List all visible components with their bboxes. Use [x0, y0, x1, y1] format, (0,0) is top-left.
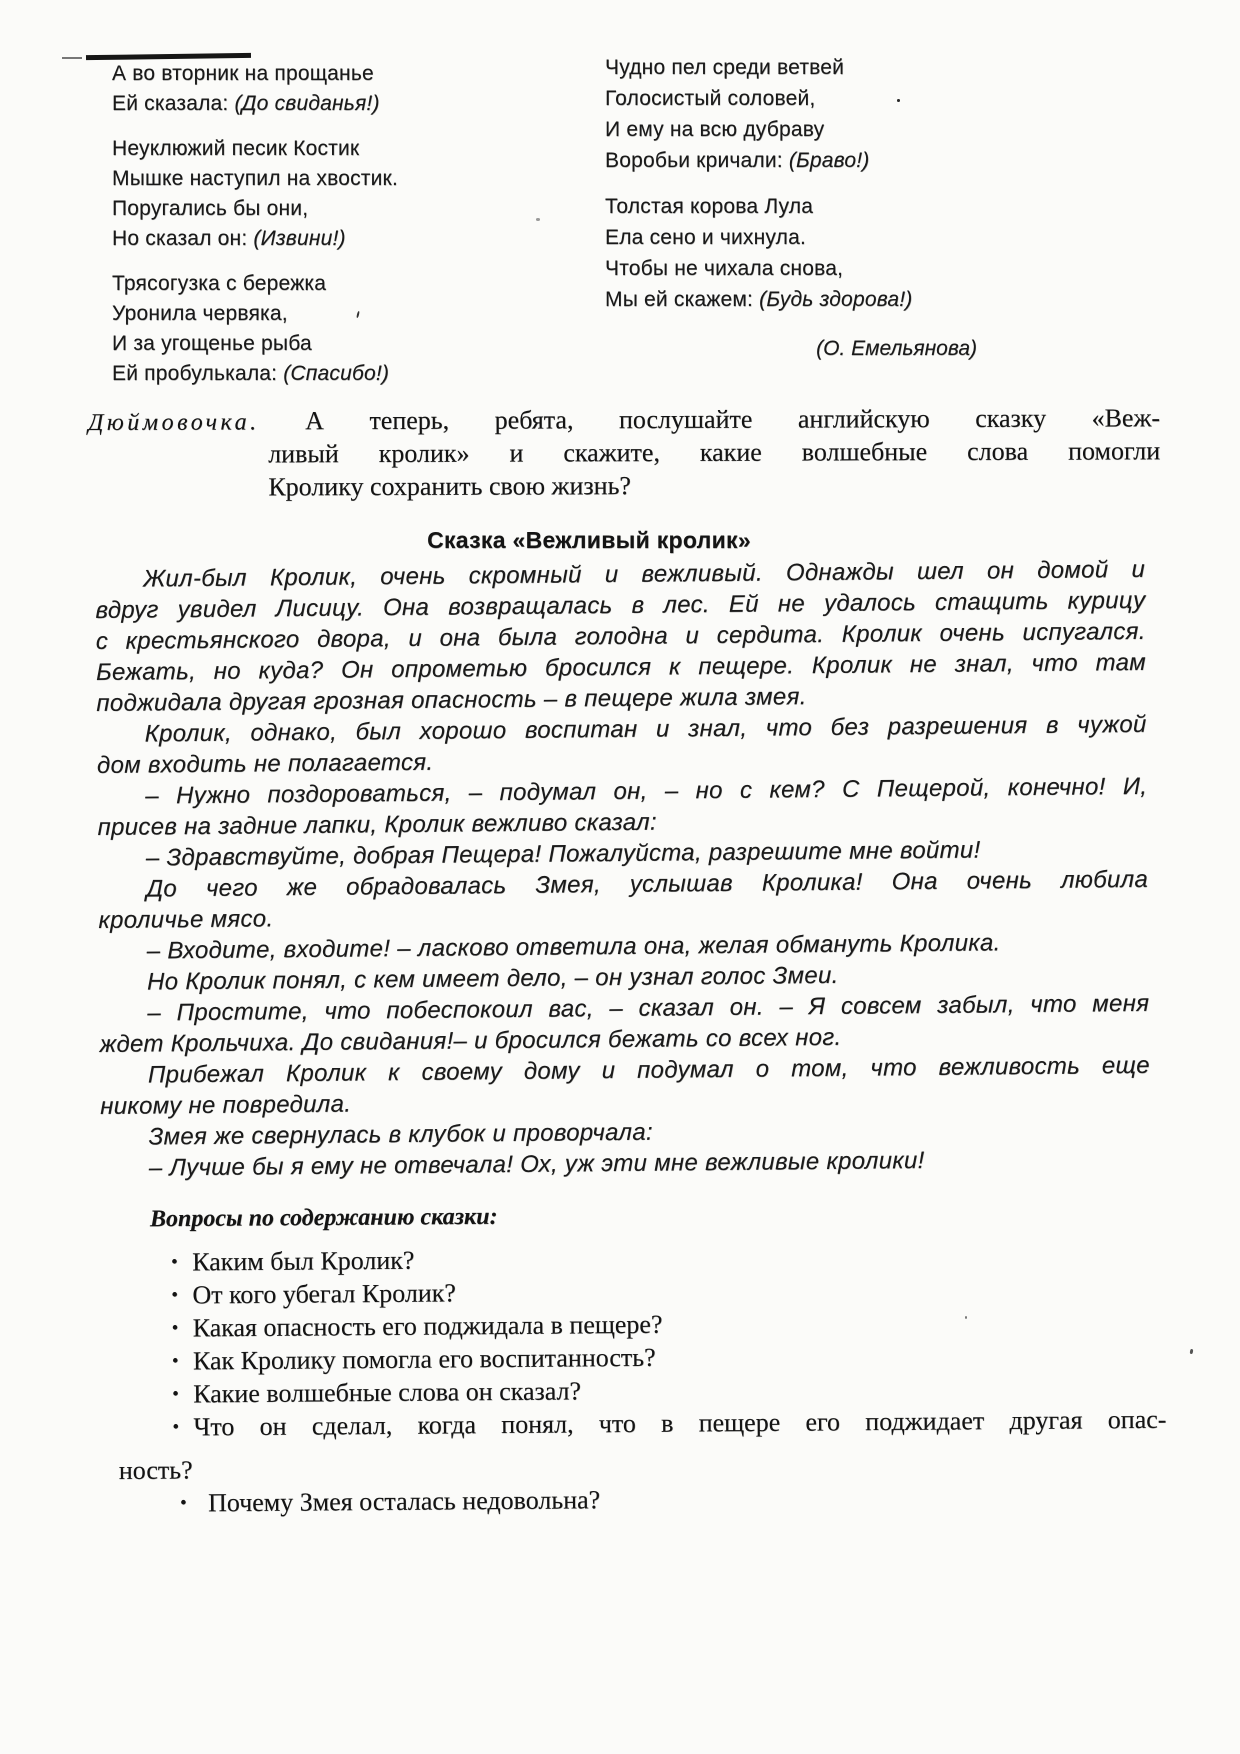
poem-line: Толстая корова Лула	[605, 191, 913, 222]
question-text: Что он сделал, когда понял, что в пещере…	[193, 1405, 1166, 1442]
poem-line: Ей пробулькала: (Спасибо!)	[112, 359, 398, 389]
poem-line: Чтобы не чихала снова,	[605, 253, 913, 284]
poem-line: Неуклюжий песик Костик	[112, 134, 398, 164]
poem-line-text: Толстая корова Лула	[605, 195, 813, 218]
scan-speck	[536, 218, 540, 221]
poem-line-text: Неуклюжий песик Костик	[112, 137, 359, 160]
bullet-icon: •	[171, 1279, 178, 1312]
poem-stanza: А во вторник на прощанье Ей сказала: (До…	[112, 59, 398, 119]
poem-line: И ему на всю дубраву	[605, 114, 913, 145]
scanned-document-page: А во вторник на прощанье Ей сказала: (До…	[0, 0, 1240, 1754]
poem-line-text: Воробьи кричали:	[605, 149, 789, 172]
poem-stanza: Чудно пел среди ветвей Голосистый солове…	[605, 52, 913, 176]
poem-answer-word: (Браво!)	[789, 149, 870, 172]
dialogue-text: Кролику сохранить свою жизнь?	[268, 471, 631, 501]
scan-speck	[1190, 1349, 1194, 1354]
poem-line: Уронила червяка,	[112, 299, 398, 329]
poem-line: Мышке наступил на хвостик.	[112, 164, 398, 194]
poem-author-credit: (О. Емельянова)	[605, 337, 977, 361]
questions-heading: Вопросы по содержанию сказки:	[150, 1204, 498, 1233]
dialogue-text: ливый кролик» и скажите, какие волшебные…	[268, 436, 1160, 468]
question-item: •Что он сделал, когда понял, что в пещер…	[118, 1403, 1166, 1444]
dialogue-line: Кролику сохранить свою жизнь?	[268, 467, 1160, 503]
bullet-icon: •	[180, 1486, 187, 1519]
poem-stanza: Неуклюжий песик Костик Мышке наступил на…	[112, 134, 398, 254]
poem-line: Мы ей скажем: (Будь здорова!)	[605, 284, 913, 315]
poem-line-text: Мы ей скажем:	[605, 288, 759, 311]
poem-stanza: Трясогузка с бережка Уронила червяка, И …	[112, 269, 398, 389]
poem-line: И за угощенье рыба	[112, 329, 398, 359]
question-text: Каким был Кролик?	[192, 1246, 415, 1277]
poem-line-text: Поругались бы они,	[112, 197, 308, 220]
poem-column-left: А во вторник на прощанье Ей сказала: (До…	[112, 59, 398, 404]
poem-column-right: Чудно пел среди ветвей Голосистый солове…	[605, 52, 913, 330]
poem-line-text: И за угощенье рыба	[112, 332, 312, 355]
poem-line: А во вторник на прощанье	[112, 59, 398, 89]
question-text: Какие волшебные слова он сказал?	[193, 1376, 581, 1408]
poem-line-text: Ей пробулькала:	[112, 362, 283, 385]
bullet-icon: •	[172, 1312, 179, 1345]
poem-line-text: Трясогузка с бережка	[112, 272, 326, 295]
question-item: •Почему Змея осталась недовольна?	[119, 1479, 1167, 1520]
poem-line: Но сказал он: (Извини!)	[112, 224, 398, 254]
poem-line-text: Ела сено и чихнула.	[605, 226, 806, 249]
question-text: Почему Змея осталась недовольна?	[208, 1485, 600, 1517]
poem-line-text: Но сказал он:	[112, 227, 253, 250]
dialogue-line: Дюймовочка. А теперь, ребята, послушайте…	[88, 401, 1160, 438]
dialogue-block: Дюймовочка. А теперь, ребята, послушайте…	[88, 401, 1160, 504]
poem-line-text: Голосистый соловей,	[605, 87, 815, 110]
poem-answer-word: (Извини!)	[253, 227, 345, 250]
poem-line-text: А во вторник на прощанье	[112, 62, 374, 85]
poem-line-text: Чудно пел среди ветвей	[605, 56, 844, 79]
poem-line: Ей сказала: (До свиданья!)	[112, 89, 398, 119]
bullet-icon: •	[172, 1378, 179, 1411]
poem-line-text: Ей сказала:	[112, 92, 234, 115]
bullet-icon: •	[172, 1411, 179, 1444]
question-text: ность?	[119, 1455, 193, 1485]
poem-line: Чудно пел среди ветвей	[605, 52, 913, 83]
tale-title: Сказка «Вежливый кролик»	[95, 527, 1083, 554]
scan-dash-artifact	[62, 57, 82, 59]
question-text: Какая опасность его поджидала в пещере?	[193, 1310, 663, 1343]
dialogue-line: ливый кролик» и скажите, какие волшебные…	[268, 434, 1160, 470]
bullet-icon: •	[172, 1345, 179, 1378]
poem-line: Поругались бы они,	[112, 194, 398, 224]
poem-line-text: И ему на всю дубраву	[605, 118, 824, 141]
poem-line: Воробьи кричали: (Браво!)	[605, 145, 913, 176]
poem-line-text: Уронила червяка,	[112, 302, 288, 325]
poem-line-text: Чтобы не чихала снова,	[605, 257, 843, 280]
question-text: Как Кролику помогла его воспитанность?	[193, 1343, 656, 1376]
bullet-icon: •	[171, 1246, 178, 1279]
dialogue-text: А теперь, ребята, послушайте английскую …	[305, 403, 1160, 435]
poem-line: Ела сено и чихнула.	[605, 222, 913, 253]
poem-answer-word: (Спасибо!)	[283, 362, 389, 385]
poem-answer-word: (Будь здорова!)	[759, 288, 912, 311]
poem-line-text: Мышке наступил на хвостик.	[112, 167, 398, 190]
dialogue-speaker: Дюймовочка.	[88, 409, 260, 436]
poem-answer-word: (До свиданья!)	[234, 92, 379, 115]
poem-line: Трясогузка с бережка	[112, 269, 398, 299]
questions-list: •Каким был Кролик? •От кого убегал Кроли…	[117, 1238, 1167, 1520]
question-text: От кого убегал Кролик?	[192, 1278, 456, 1309]
poem-line: Голосистый соловей,	[605, 83, 913, 114]
tale-body: Жил-был Кролик, очень скромный и вежливы…	[95, 554, 1151, 1184]
poem-stanza: Толстая корова Лула Ела сено и чихнула. …	[605, 191, 913, 315]
